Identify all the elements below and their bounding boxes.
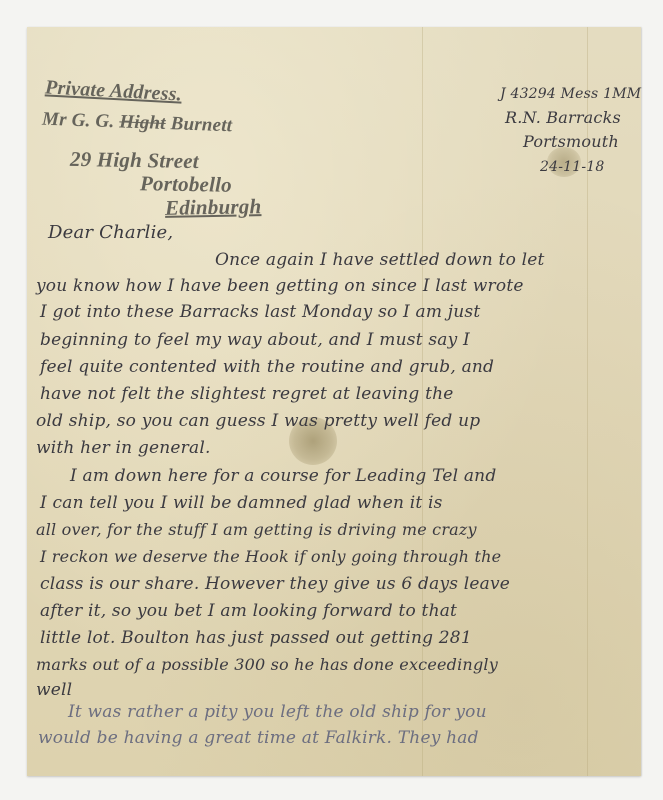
body-line: class is our share. However they give us… (40, 574, 510, 594)
private-address-street: 29 High Street (70, 147, 199, 174)
private-address-town: Portobello (140, 171, 232, 198)
body-line: old ship, so you can guess I was pretty … (36, 411, 480, 431)
body-line: with her in general. (36, 438, 211, 458)
body-line: little lot. Boulton has just passed out … (40, 628, 472, 648)
body-line: you know how I have been getting on sinc… (36, 276, 524, 296)
body-line: I am down here for a course for Leading … (70, 466, 496, 486)
body-line: I can tell you I will be damned glad whe… (40, 493, 443, 513)
body-line: Once again I have settled down to let (215, 250, 545, 270)
name-prefix: Mr G. G. (42, 109, 115, 133)
body-line: well (36, 680, 72, 700)
body-line: I reckon we deserve the Hook if only goi… (40, 547, 501, 566)
body-line: would be having a great time at Falkirk.… (38, 728, 479, 748)
private-address-city: Edinburgh (165, 194, 262, 221)
body-line: beginning to feel my way about, and I mu… (40, 330, 470, 350)
body-line: after it, so you bet I am looking forwar… (40, 601, 457, 621)
body-line: It was rather a pity you left the old sh… (68, 702, 487, 722)
body-line: all over, for the stuff I am getting is … (36, 520, 477, 539)
sender-address-line3: Portsmouth (523, 132, 619, 151)
letter-date: 24-11-18 (540, 159, 605, 175)
sender-address-line2: R.N. Barracks (505, 108, 621, 127)
name-surname: Burnett (170, 113, 232, 136)
name-struck: Hight (119, 111, 166, 134)
body-line: have not felt the slightest regret at le… (40, 384, 454, 404)
body-line: marks out of a possible 300 so he has do… (36, 655, 498, 674)
body-line: feel quite contented with the routine an… (40, 357, 494, 377)
body-line: I got into these Barracks last Monday so… (40, 302, 480, 322)
sender-address-line1: J 43294 Mess 1MM (500, 86, 641, 102)
salutation: Dear Charlie, (48, 222, 173, 243)
